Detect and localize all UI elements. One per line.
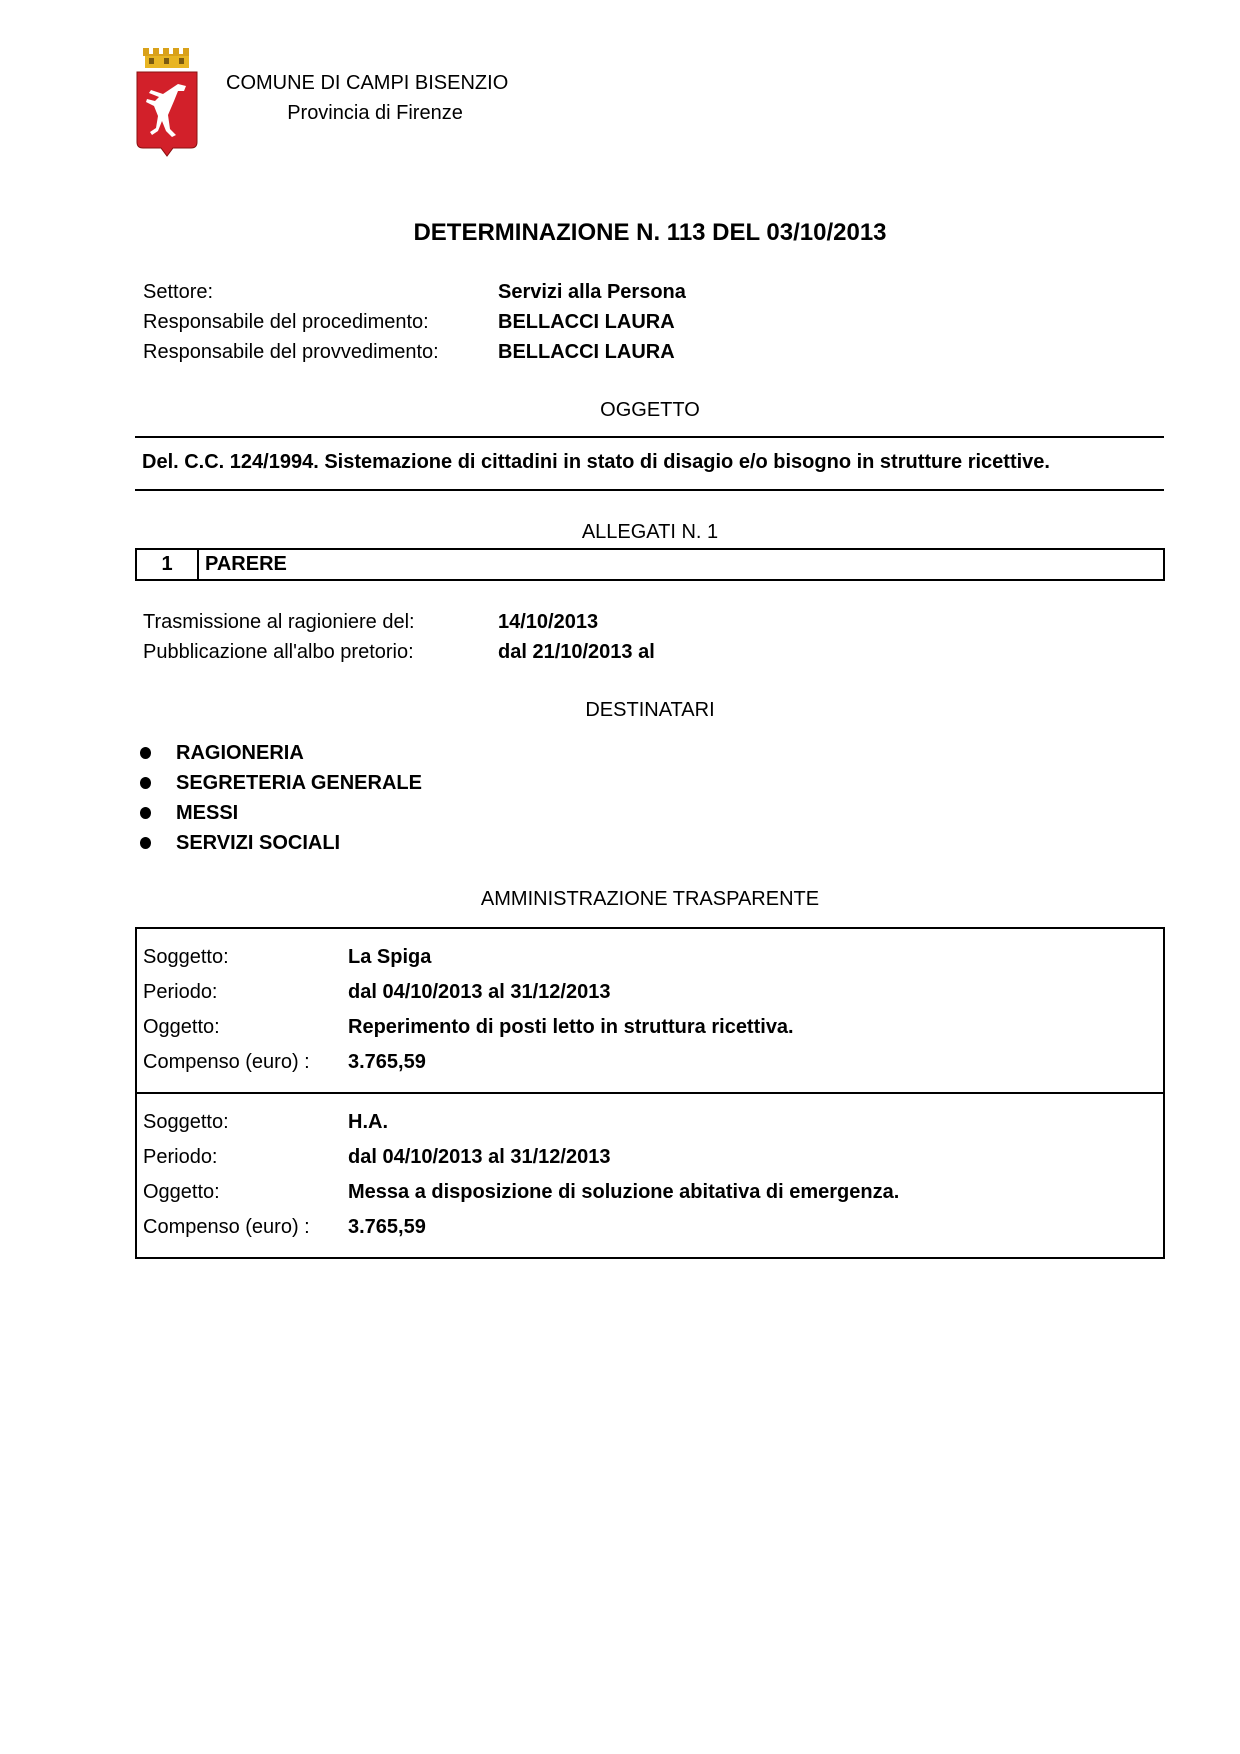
oggetto-heading: OGGETTO [0, 399, 1240, 422]
attachment-row[interactable]: 1 PARERE [135, 548, 1165, 581]
list-item: MESSI [140, 798, 422, 828]
soggetto-label: Soggetto: [137, 946, 348, 969]
trasparenza-entry: Soggetto:H.A. Periodo:dal 04/10/2013 al … [137, 1092, 1163, 1257]
recipient-name: RAGIONERIA [176, 742, 304, 765]
attachment-name[interactable]: PARERE [199, 550, 287, 579]
bullet-icon [140, 807, 151, 819]
settore-value: Servizi alla Persona [498, 281, 686, 304]
periodo-label: Periodo: [137, 981, 348, 1004]
crown-icon [143, 48, 189, 68]
compenso-value: 3.765,59 [348, 1216, 426, 1239]
table-row: Compenso (euro) :3.765,59 [137, 1210, 1163, 1245]
recipient-name: SEGRETERIA GENERALE [176, 772, 422, 795]
bullet-icon [140, 747, 151, 759]
oggetto-value: Reperimento di posti letto in struttura … [348, 1016, 794, 1039]
recipient-name: MESSI [176, 802, 238, 825]
document-title: DETERMINAZIONE N. 113 DEL 03/10/2013 [0, 219, 1240, 247]
resp-procedimento-value: BELLACCI LAURA [498, 311, 675, 334]
list-item: SERVIZI SOCIALI [140, 828, 422, 858]
bullet-icon [140, 777, 151, 789]
trasmissione-value: 14/10/2013 [498, 611, 598, 634]
trasparenza-entry: Soggetto:La Spiga Periodo:dal 04/10/2013… [137, 929, 1163, 1092]
periodo-value: dal 04/10/2013 al 31/12/2013 [348, 981, 610, 1004]
trasmissione-label: Trasmissione al ragioniere del: [143, 611, 415, 634]
table-row: Periodo:dal 04/10/2013 al 31/12/2013 [137, 975, 1163, 1010]
divider [135, 436, 1164, 438]
recipient-name: SERVIZI SOCIALI [176, 832, 340, 855]
destinatari-list: RAGIONERIA SEGRETERIA GENERALE MESSI SER… [140, 738, 422, 858]
oggetto-value: Messa a disposizione di soluzione abitat… [348, 1181, 899, 1204]
table-row: Oggetto:Messa a disposizione di soluzion… [137, 1175, 1163, 1210]
oggetto-label: Oggetto: [137, 1181, 348, 1204]
pubblicazione-value: dal 21/10/2013 al [498, 641, 655, 664]
soggetto-label: Soggetto: [137, 1111, 348, 1134]
oggetto-text: Del. C.C. 124/1994. Sistemazione di citt… [142, 451, 1050, 474]
org-name: COMUNE DI CAMPI BISENZIO [226, 72, 508, 95]
table-row: Soggetto:H.A. [137, 1105, 1163, 1140]
table-row: Compenso (euro) :3.765,59 [137, 1045, 1163, 1080]
trasparenza-heading: AMMINISTRAZIONE TRASPARENTE [0, 888, 1240, 911]
periodo-value: dal 04/10/2013 al 31/12/2013 [348, 1146, 610, 1169]
list-item: SEGRETERIA GENERALE [140, 768, 422, 798]
table-row: Periodo:dal 04/10/2013 al 31/12/2013 [137, 1140, 1163, 1175]
compenso-value: 3.765,59 [348, 1051, 426, 1074]
table-row: Oggetto:Reperimento di posti letto in st… [137, 1010, 1163, 1045]
oggetto-label: Oggetto: [137, 1016, 348, 1039]
list-item: RAGIONERIA [140, 738, 422, 768]
destinatari-heading: DESTINATARI [0, 699, 1240, 722]
coat-of-arms-icon [134, 44, 200, 158]
settore-label: Settore: [143, 281, 213, 304]
compenso-label: Compenso (euro) : [137, 1051, 348, 1074]
allegati-heading: ALLEGATI N. 1 [0, 521, 1240, 544]
bullet-icon [140, 837, 151, 849]
resp-provvedimento-label: Responsabile del provvedimento: [143, 341, 439, 364]
pubblicazione-label: Pubblicazione all'albo pretorio: [143, 641, 414, 664]
resp-procedimento-label: Responsabile del procedimento: [143, 311, 429, 334]
resp-provvedimento-value: BELLACCI LAURA [498, 341, 675, 364]
attachment-number: 1 [137, 550, 199, 579]
periodo-label: Periodo: [137, 1146, 348, 1169]
soggetto-value: H.A. [348, 1111, 388, 1134]
soggetto-value: La Spiga [348, 946, 431, 969]
trasparenza-table: Soggetto:La Spiga Periodo:dal 04/10/2013… [135, 927, 1165, 1259]
table-row: Soggetto:La Spiga [137, 940, 1163, 975]
divider [135, 489, 1164, 491]
compenso-label: Compenso (euro) : [137, 1216, 348, 1239]
org-province: Provincia di Firenze [226, 102, 524, 125]
